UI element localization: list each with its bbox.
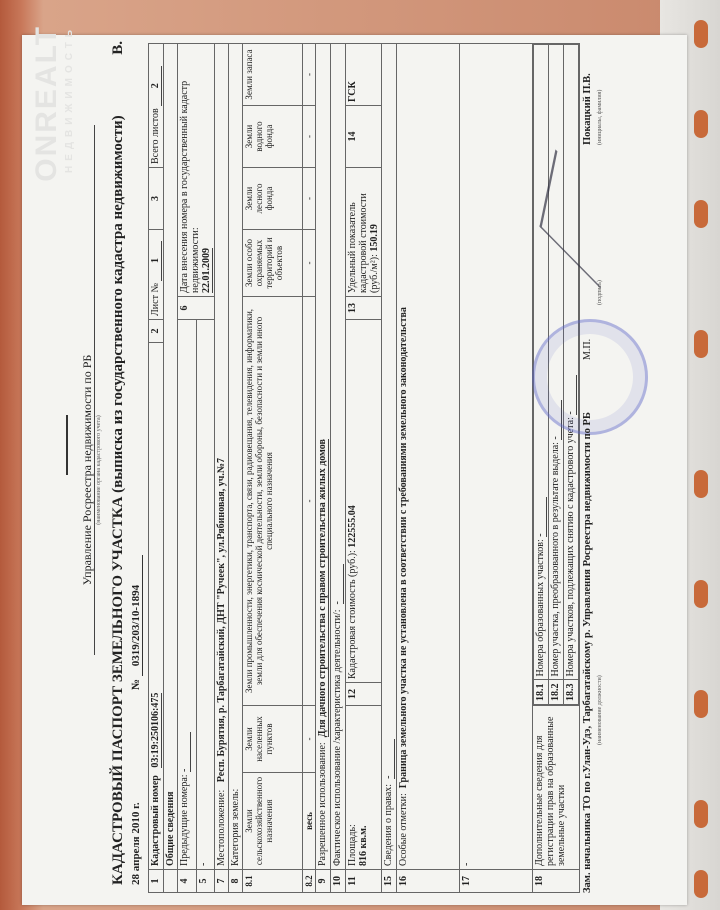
section-general: Общие сведения [164, 44, 178, 870]
item-label: Номера образованных участков: [535, 539, 546, 676]
total-sheets-label: Всего листов [150, 108, 161, 164]
row-number: 7 [215, 870, 229, 893]
location-cell: Местоположение: Респ. Бурятия, р. Тарбаг… [215, 44, 229, 870]
margin-mark [66, 415, 68, 475]
category-value: - [303, 168, 316, 230]
actual-use-value: - [332, 565, 344, 605]
binder-hole [694, 470, 708, 498]
issue-date: 28 апреля 2010 г. [130, 802, 142, 885]
rights-label: Сведения о правах: [383, 784, 394, 866]
total-sheets-value: 2 [150, 66, 162, 106]
binder-hole [694, 580, 708, 608]
binder-hole [694, 800, 708, 828]
table-row: 16 Особые отметки: Граница земельного уч… [397, 44, 460, 893]
row-number: 9 [316, 870, 331, 893]
table-row: 17 - [460, 44, 533, 893]
cadastral-cost-value: 122555.04 [347, 505, 358, 548]
row-number: 13 [346, 297, 382, 320]
item-value: - [535, 497, 547, 537]
additional-info-label: Дополнительные сведения для регистрации … [533, 706, 580, 870]
category-value: - [303, 44, 316, 106]
row-17-value: - [460, 44, 533, 870]
row-number: 11 [346, 870, 382, 893]
row-number: 4 [178, 870, 197, 893]
organization-name: Управление Росреестра недвижимости по РБ [80, 35, 95, 905]
category-settlements: Земли населенных пунктов [243, 706, 303, 773]
table-row: 8 Категория земель: [229, 44, 243, 893]
row-number: 1 [149, 870, 164, 893]
binder-hole [694, 110, 708, 138]
category-protected: Земли особо охраняемых территорий и объе… [243, 230, 303, 297]
cadastral-cost-cell: Кадастровая стоимость (руб.): 122555.04 [346, 320, 382, 683]
table-row: 4 Предыдущие номера: - 6 Дата внесения н… [178, 44, 197, 893]
table-row: 8.2 весь - - - - - - [303, 44, 316, 893]
table-row: 8.1 Земли сельскохозяйственного назначен… [243, 44, 303, 893]
table-row: 1 Кадастровый номер 03:19:250106:475 2 Л… [149, 44, 164, 893]
signatory-position: Зам. начальника ТО по г.Улан-Удэ, Тарбаг… [582, 412, 593, 893]
passport-number: № 0319/203/10-1894 [130, 555, 142, 690]
previous-numbers-label: Предыдущие номера: [179, 774, 190, 866]
organization-caption: (наименование органа кадастрового учета) [96, 35, 102, 905]
row-number: 18.2 [549, 680, 564, 705]
previous-numbers-value: - [179, 732, 191, 772]
permitted-use-value: Для дачного строительства с правом строи… [317, 439, 329, 737]
stamp-label: М.П. [582, 339, 593, 360]
category-forest: Земли лесного фонда [243, 168, 303, 230]
row-number: 18.3 [564, 680, 579, 705]
signatory-name: Покацкий П.В. [582, 73, 593, 145]
category-value: - [303, 297, 316, 706]
table-row: Общие сведения [164, 44, 178, 893]
special-notes-cell: Особые отметки: Граница земельного участ… [397, 44, 460, 870]
area-cell: Площадь: 816 кв.м. [346, 706, 382, 870]
unit-cost-value: 150.19 [369, 224, 380, 252]
cadastral-table: 1 Кадастровый номер 03:19:250106:475 2 Л… [148, 43, 580, 893]
row-number: 2 [149, 320, 164, 343]
divider [94, 125, 95, 655]
sheet-label: Лист № [150, 283, 161, 316]
category-agricultural: Земли сельскохозяйственного назначения [243, 773, 303, 870]
row-number: 12 [346, 683, 382, 706]
permitted-use-cell: Разрешенное использование: Для дачного с… [316, 44, 331, 870]
row-number: 18 [533, 870, 580, 893]
category-value: весь [303, 773, 316, 870]
row-number: 14 [346, 106, 382, 168]
area-value: 816 кв.м. [358, 709, 369, 866]
category-value: - [303, 106, 316, 168]
previous-numbers-cell: Предыдущие номера: - [178, 320, 197, 870]
actual-use-label: Фактическое использование /характеристик… [332, 610, 343, 867]
cadastral-number-value: 03:19:250106:475 [150, 693, 162, 768]
table-row: 9 Разрешенное использование: Для дачного… [316, 44, 331, 893]
unit-cost-cell: Удельный показатель кадастровой стоимост… [346, 168, 382, 297]
table-row: 7 Местоположение: Респ. Бурятия, р. Тарб… [215, 44, 229, 893]
category-value: - [303, 706, 316, 773]
watermark-brand: ONREALT [30, 25, 64, 182]
category-water: Земли водного фонда [243, 106, 303, 168]
signature-caption: (подпись) [597, 280, 603, 305]
row-number: 10 [331, 870, 346, 893]
coordinate-system: ГСК [346, 44, 382, 106]
row-number: 8.2 [303, 870, 316, 893]
sheet-cell: Лист № 1 [149, 230, 164, 320]
item-label: Номер участка, преобразованного в резуль… [550, 442, 561, 676]
form-letter: В. [110, 41, 127, 55]
entry-date-cell: Дата внесения номера в государственный к… [178, 44, 215, 297]
name-caption: (инициалы, фамилия) [597, 90, 603, 145]
cadastral-number-label: Кадастровый номер [150, 775, 161, 866]
row-number [164, 870, 178, 893]
table-row: 15 Сведения о правах: - [382, 44, 397, 893]
row-number: 6 [178, 297, 215, 320]
area-label: Площадь: [347, 709, 358, 866]
category-value: - [303, 230, 316, 297]
land-category-label: Категория земель: [229, 44, 243, 870]
permitted-use-label: Разрешенное использование: [317, 742, 328, 866]
entry-date-value: 22.01.2009 [201, 248, 213, 293]
item-label: Номера участков, подлежащих снятию с кад… [565, 417, 576, 676]
binder-hole [694, 330, 708, 358]
binder-hole [694, 870, 708, 898]
actual-use-cell: Фактическое использование /характеристик… [331, 44, 346, 870]
special-notes-label: Особые отметки: [398, 793, 409, 866]
total-sheets-cell: Всего листов 2 [149, 44, 164, 168]
row-number: 18.1 [534, 680, 549, 705]
entry-date-label: Дата внесения номера в государственный к… [179, 47, 201, 293]
watermark: ONREALT НЕДВИЖИМОСТЬ [30, 25, 75, 182]
cadastral-cost-label: Кадастровая стоимость (руб.): [347, 550, 358, 679]
binder-hole [694, 20, 708, 48]
document-title: КАДАСТРОВЫЙ ПАСПОРТ ЗЕМЕЛЬНОГО УЧАСТКА (… [110, 115, 127, 885]
watermark-tagline: НЕДВИЖИМОСТЬ [64, 25, 75, 182]
category-reserve: Земли запаса [243, 44, 303, 106]
row-number: 17 [460, 870, 533, 893]
number-value: 0319/203/10-1894 [130, 555, 143, 676]
location-label: Местоположение: [216, 790, 227, 866]
binder-hole [694, 690, 708, 718]
table-row: 11 Площадь: 816 кв.м. 12 Кадастровая сто… [346, 44, 382, 893]
row-number: 3 [149, 168, 164, 230]
row-number: 8.1 [243, 870, 303, 893]
row-number: 5 [197, 870, 215, 893]
location-value: Респ. Бурятия, р. Тарбагатайский, ДНТ "Р… [216, 458, 227, 782]
rights-cell: Сведения о правах: - [382, 44, 397, 870]
cadastral-number-cell: Кадастровый номер 03:19:250106:475 [149, 343, 164, 870]
category-industrial: Земли промышленности, энергетики, трансп… [243, 297, 303, 706]
special-notes-value: Граница земельного участка не установлен… [398, 307, 409, 788]
row-number: 15 [382, 870, 397, 893]
row-number: 16 [397, 870, 460, 893]
sheet-value: 1 [150, 241, 162, 281]
cadastral-passport-page: ONREALT НЕДВИЖИМОСТЬ Управление Росреест… [22, 35, 687, 905]
table-row: 10 Фактическое использование /характерис… [331, 44, 346, 893]
rights-value: - [383, 739, 395, 779]
binder-hole [694, 200, 708, 228]
row-number: 8 [229, 870, 243, 893]
position-caption: (наименование должности) [597, 675, 603, 745]
previous-numbers-extra: - [197, 320, 215, 870]
number-label: № [130, 679, 142, 690]
